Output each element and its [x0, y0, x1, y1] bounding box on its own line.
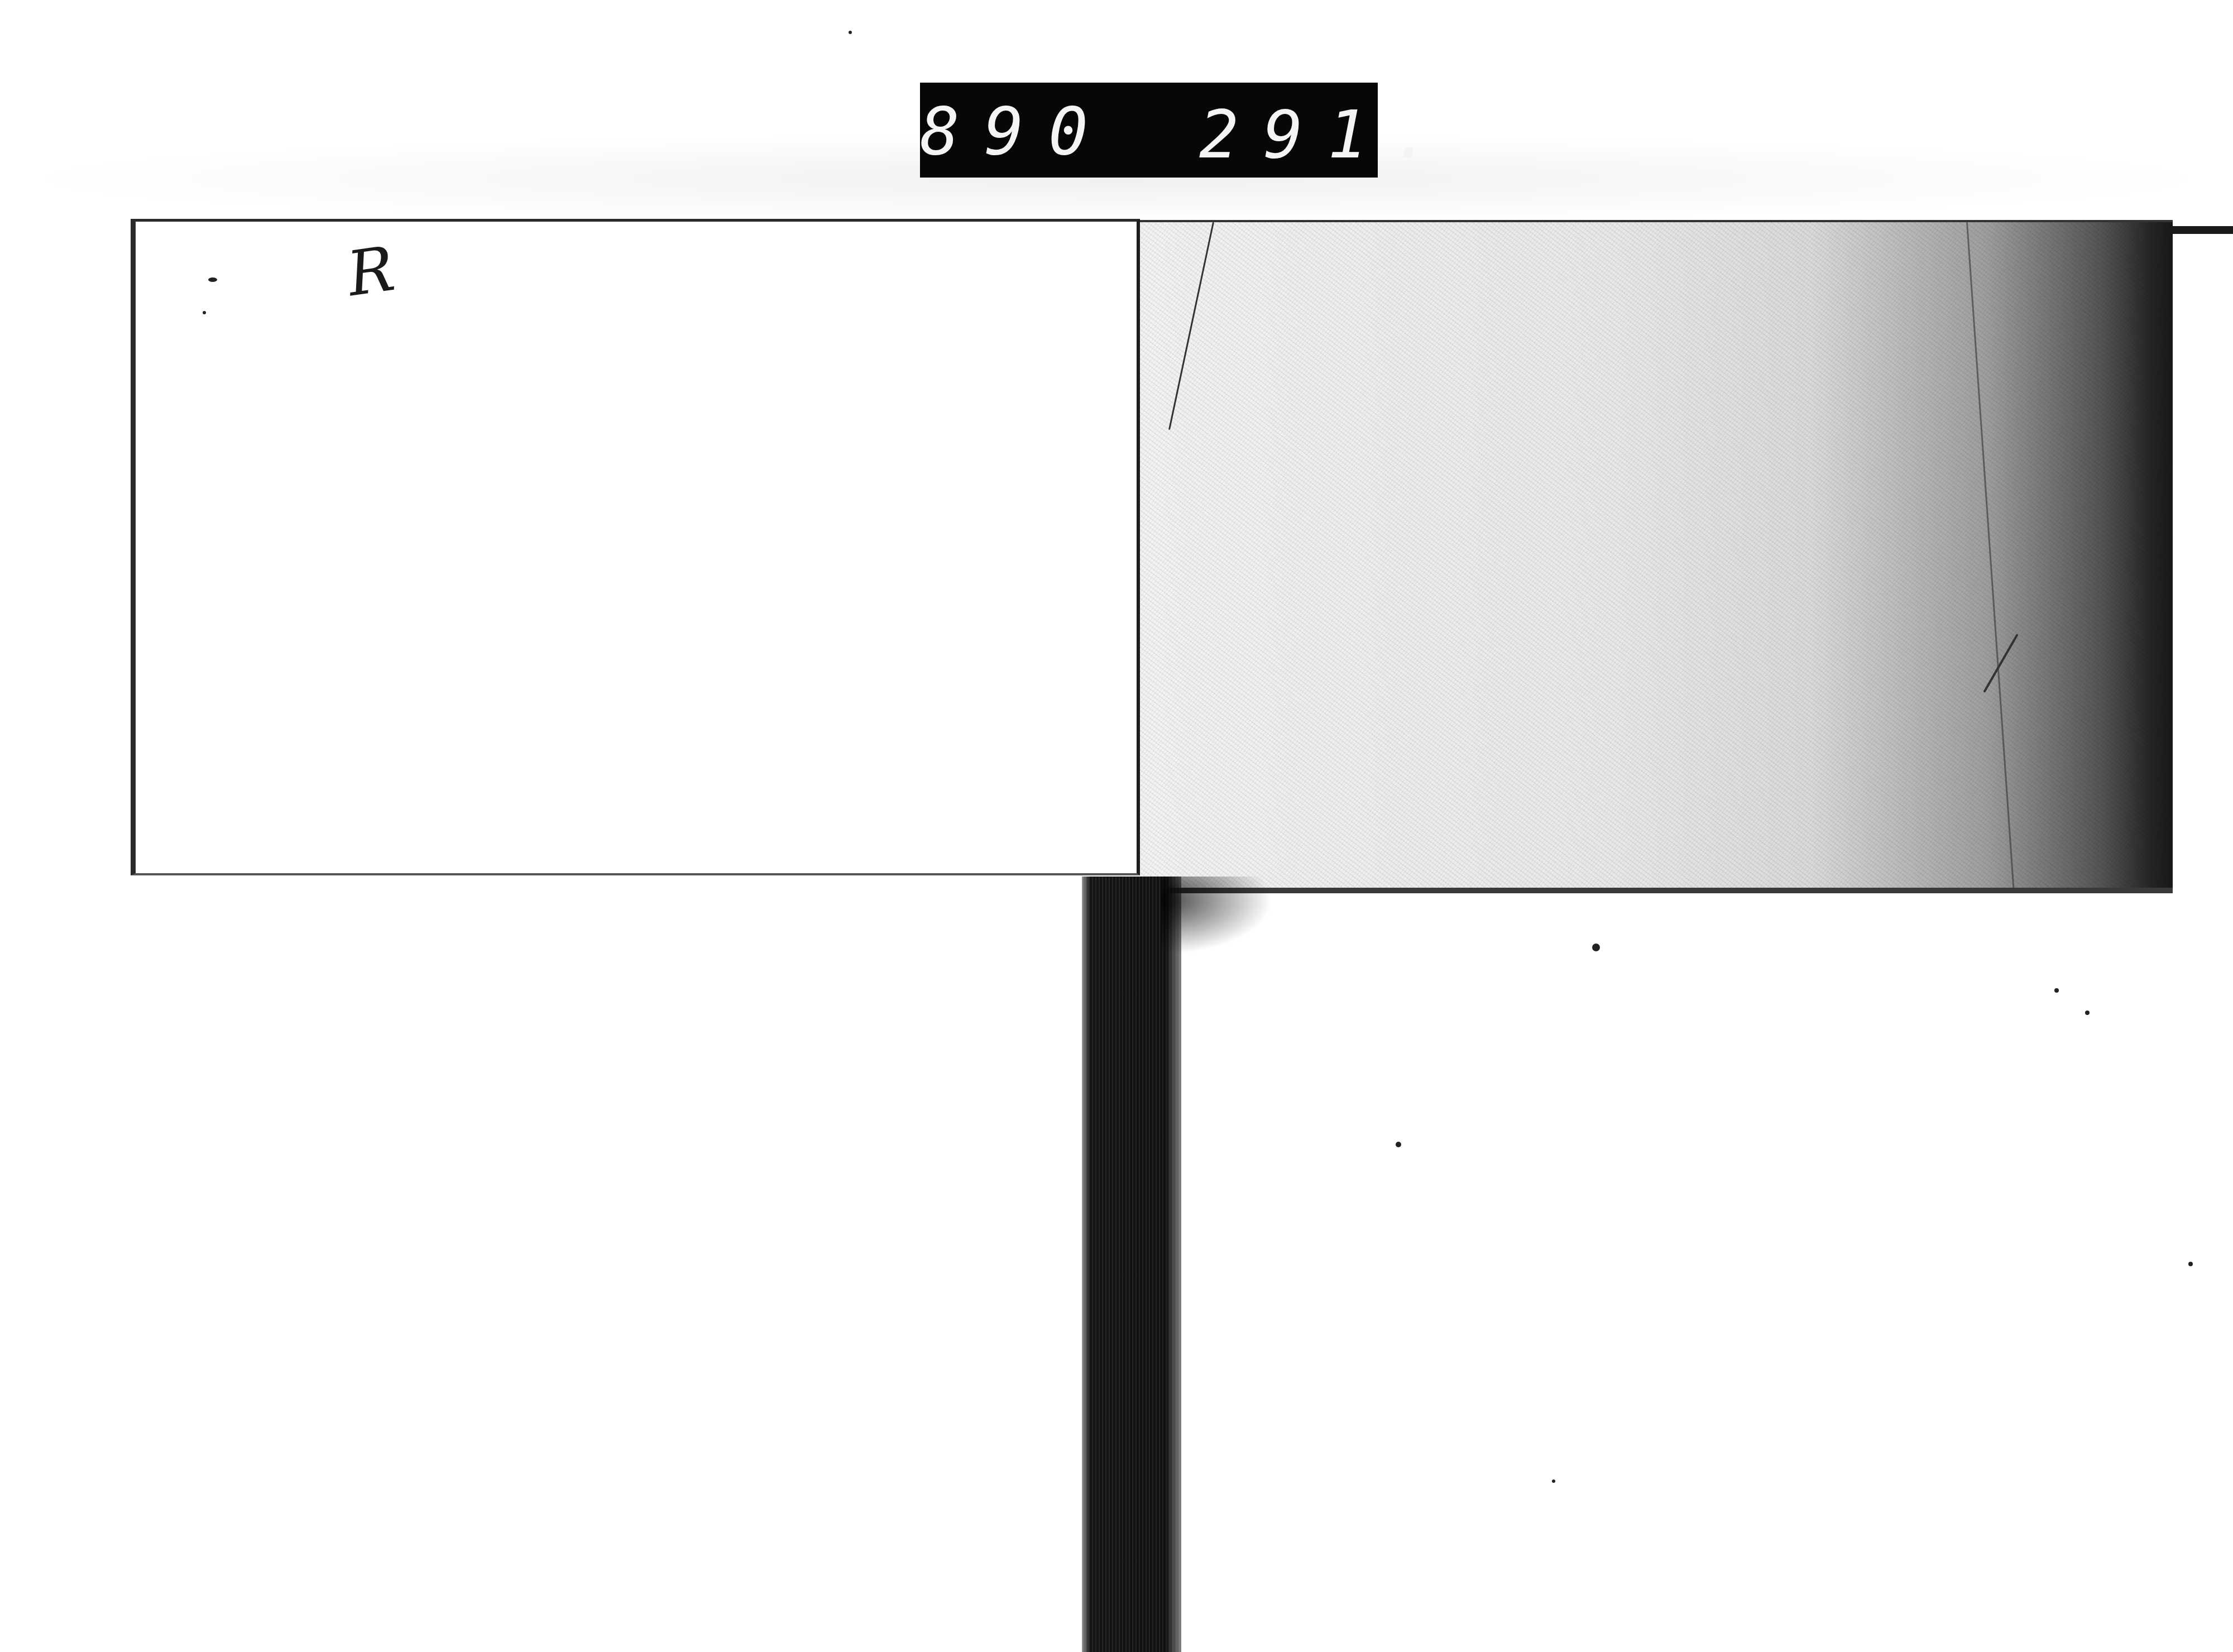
frame-number-right: 291.	[1199, 96, 1456, 173]
ink-stroke	[1983, 634, 2018, 693]
cover-edge	[2166, 226, 2233, 234]
right-page	[1140, 220, 2173, 893]
speck	[2085, 1011, 2090, 1015]
left-page: R	[131, 219, 1140, 875]
spine-shadow-fade	[1161, 877, 1273, 955]
speck	[203, 311, 206, 314]
speck	[2054, 988, 2059, 993]
frame-number-label: 890 291.	[920, 83, 1378, 178]
handwritten-annotation: R	[343, 233, 399, 310]
speck	[1552, 1479, 1555, 1483]
speck	[849, 31, 852, 34]
book-spine-shadow	[1082, 877, 1181, 1652]
page-crease	[1168, 222, 1214, 430]
frame-number-left: 890	[920, 93, 1113, 170]
speck	[208, 277, 217, 282]
speck	[1592, 944, 1600, 951]
speck	[1396, 1142, 1401, 1147]
speck	[2188, 1262, 2193, 1266]
page-crease	[1966, 222, 2015, 890]
